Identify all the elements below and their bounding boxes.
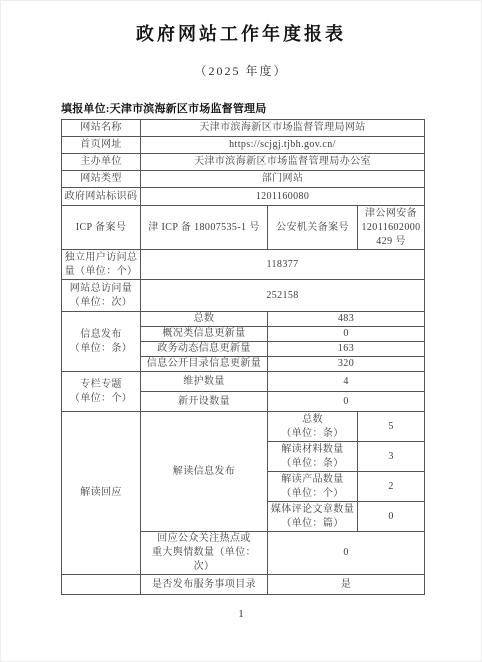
site-name-value: 天津市滨海新区市场监督管理局网站 bbox=[141, 120, 425, 137]
icp-label: ICP 备案号 bbox=[62, 206, 141, 250]
info-publish-label: 信息发布 （单位：条） bbox=[62, 312, 141, 372]
police-filing-label: 公安机关备案号 bbox=[268, 206, 358, 250]
interpret-product-label: 解读产品数量 （单位：个） bbox=[268, 472, 358, 502]
info-overview-value: 0 bbox=[268, 327, 425, 342]
total-visits-value: 252158 bbox=[141, 280, 425, 312]
service-catalog-label: 是否发布服务事项目录 bbox=[141, 575, 268, 595]
info-total-value: 483 bbox=[268, 312, 425, 327]
document-page: { "document": { "title": "政府网站工作年度报表", "… bbox=[0, 0, 482, 662]
info-catalog-label: 信息公开目录信息更新量 bbox=[141, 357, 268, 372]
service-catalog-value: 是 bbox=[268, 575, 425, 595]
report-year: （2025 年度） bbox=[0, 62, 482, 79]
site-code-value: 1201160080 bbox=[141, 188, 425, 206]
info-catalog-value: 320 bbox=[268, 357, 425, 372]
annual-report-table: 网站名称 天津市滨海新区市场监督管理局网站 首页网址 https://scjgj… bbox=[61, 119, 425, 595]
unique-visitors-value: 118377 bbox=[141, 250, 425, 280]
media-comment-value: 0 bbox=[358, 502, 425, 532]
unique-visitors-label: 独立用户访问总 量（单位：个） bbox=[62, 250, 141, 280]
interpret-material-value: 3 bbox=[358, 442, 425, 472]
homepage-label: 首页网址 bbox=[62, 137, 141, 154]
column-maintain-label: 维护数量 bbox=[141, 372, 268, 392]
total-visits-label: 网站总访问量 （单位：次） bbox=[62, 280, 141, 312]
icp-value: 津 ICP 备 18007535-1 号 bbox=[141, 206, 268, 250]
info-dynamic-value: 163 bbox=[268, 342, 425, 357]
interpret-publish-label: 解读信息发布 bbox=[141, 412, 268, 532]
site-type-value: 部门网站 bbox=[141, 171, 425, 188]
info-total-label: 总数 bbox=[141, 312, 268, 327]
homepage-url: https://scjgj.tjbh.gov.cn/ bbox=[141, 137, 425, 154]
column-new-label: 新开设数量 bbox=[141, 392, 268, 412]
media-comment-label: 媒体评论文章数量 （单位：篇） bbox=[268, 502, 358, 532]
column-maintain-value: 4 bbox=[268, 372, 425, 392]
interpret-product-value: 2 bbox=[358, 472, 425, 502]
info-overview-label: 概况类信息更新量 bbox=[141, 327, 268, 342]
site-type-label: 网站类型 bbox=[62, 171, 141, 188]
column-new-value: 0 bbox=[268, 392, 425, 412]
organizer-label: 主办单位 bbox=[62, 154, 141, 171]
page-title: 政府网站工作年度报表 bbox=[0, 20, 482, 46]
interpret-total-value: 5 bbox=[358, 412, 425, 442]
respond-hotspot-value: 0 bbox=[268, 532, 425, 575]
organizer-value: 天津市滨海新区市场监督管理局办公室 bbox=[141, 154, 425, 171]
respond-hotspot-label: 回应公众关注热点或 重大舆情数量（单位： 次） bbox=[141, 532, 268, 575]
site-name-label: 网站名称 bbox=[62, 120, 141, 137]
filing-unit: 填报单位:天津市滨海新区市场监督管理局 bbox=[61, 100, 441, 116]
interpret-respond-label: 解读回应 bbox=[62, 412, 141, 575]
empty-cell bbox=[62, 575, 141, 595]
interpret-total-label: 总数 （单位：条） bbox=[268, 412, 358, 442]
column-topic-label: 专栏专题 （单位：个） bbox=[62, 372, 141, 412]
info-dynamic-label: 政务动态信息更新量 bbox=[141, 342, 268, 357]
interpret-material-label: 解读材料数量 （单位：条） bbox=[268, 442, 358, 472]
police-filing-value: 津公网安备 12011602000 429 号 bbox=[358, 206, 425, 250]
site-code-label: 政府网站标识码 bbox=[62, 188, 141, 206]
page-number: 1 bbox=[0, 608, 482, 620]
